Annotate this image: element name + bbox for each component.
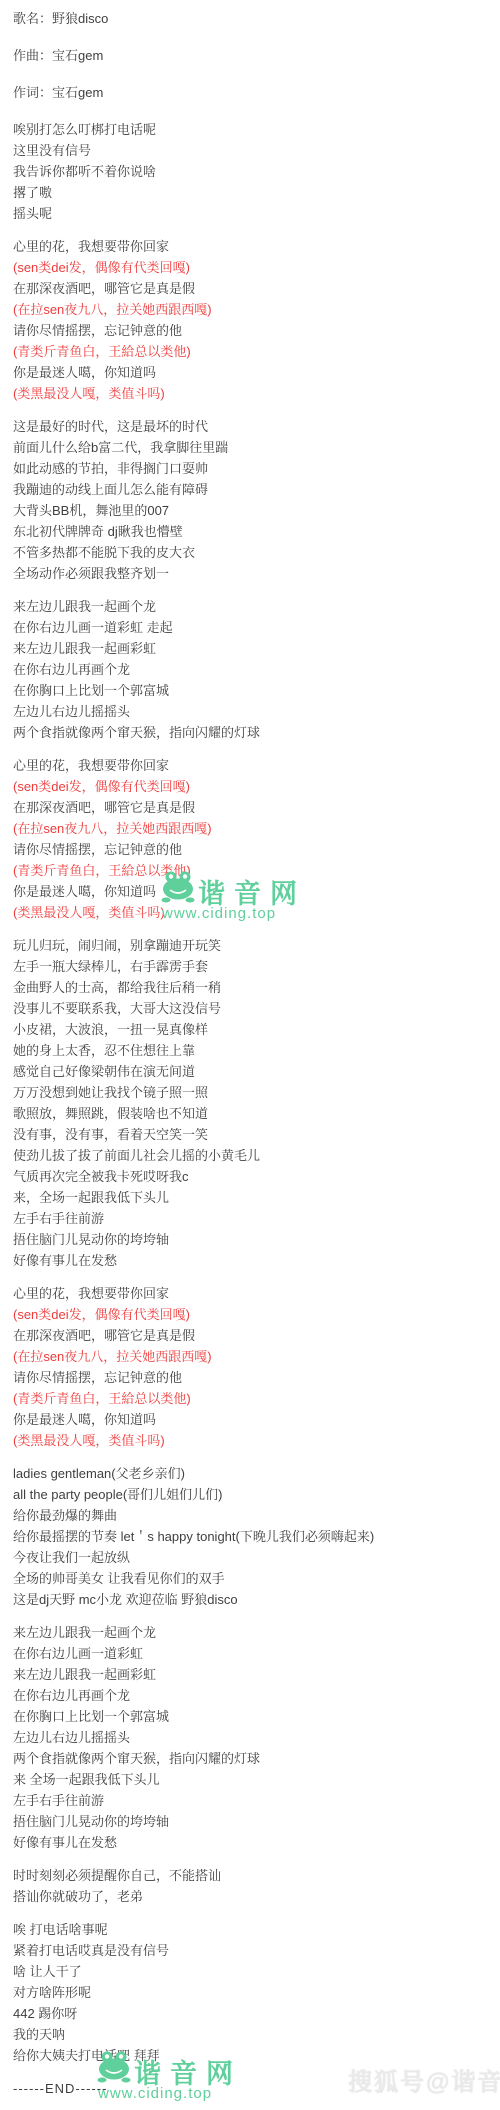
lyric-line: 来左边儿跟我一起画个龙 bbox=[13, 596, 490, 617]
lyric-line: 442 踢你呀 bbox=[13, 2003, 490, 2024]
lyric-line: 啥 让人干了 bbox=[13, 1961, 490, 1982]
lyric-line: 这是dj天野 mc小龙 欢迎莅临 野狼disco bbox=[13, 1589, 490, 1610]
lyric-line: 心里的花，我想要带你回家 bbox=[13, 236, 490, 257]
lyric-line: 她的身上太香，忍不住想往上靠 bbox=[13, 1040, 490, 1061]
lyric-line: 使劲儿拔了拔了前面儿社会儿摇的小黄毛儿 bbox=[13, 1145, 490, 1166]
sohu-account-watermark: 搜狐号@谐音吧 bbox=[348, 2062, 500, 2097]
homophone-annotation-line: (类黑最没人嘎，类值斗吗) bbox=[13, 383, 490, 404]
song-title-line: 歌名：野狼disco bbox=[13, 8, 490, 29]
lyric-line: 在你右边儿画一道彩虹 bbox=[13, 1643, 490, 1664]
lyric-line: 大背头BB机，舞池里的007 bbox=[13, 500, 490, 521]
homophone-annotation-line: (类黑最没人嘎，类值斗吗) bbox=[13, 1430, 490, 1451]
lyric-line: 两个食指就像两个窜天猴，指向闪耀的灯球 bbox=[13, 1748, 490, 1769]
lyric-line: 左边儿右边儿摇摇头 bbox=[13, 1727, 490, 1748]
lyric-line: 捂住脑门儿晃动你的垮垮轴 bbox=[13, 1229, 490, 1250]
lyric-line: 我告诉你都听不着你说啥 bbox=[13, 161, 490, 182]
lyric-line: 来左边儿跟我一起画彩虹 bbox=[13, 1664, 490, 1685]
homophone-annotation-line: (青类斤青鱼白，王給总以类他) bbox=[13, 341, 490, 362]
lyrics-page: 歌名：野狼disco 作曲：宝石gem 作词：宝石gem 唉别打怎么叮梆打电话呢… bbox=[0, 0, 500, 2110]
lyric-line: 不管多热都不能脱下我的皮大衣 bbox=[13, 542, 490, 563]
homophone-annotation-line: (在拉sen夜九八，拉关她西跟西嘎) bbox=[13, 818, 490, 839]
stanza: ladies gentleman(父老乡亲们)all the party peo… bbox=[13, 1463, 490, 1610]
lyric-line: 请你尽情摇摆，忘记钟意的他 bbox=[13, 1367, 490, 1388]
lyric-line: 你是最迷人噶，你知道吗 bbox=[13, 1409, 490, 1430]
lyric-line: 来左边儿跟我一起画彩虹 bbox=[13, 638, 490, 659]
stanza: 唉别打怎么叮梆打电话呢这里没有信号我告诉你都听不着你说啥撂了嗷摇头呢 bbox=[13, 119, 490, 224]
frog-logo-icon bbox=[96, 2050, 132, 2089]
lyric-line: 撂了嗷 bbox=[13, 182, 490, 203]
homophone-annotation-line: (sen类dei发，偶像有代类回嘎) bbox=[13, 776, 490, 797]
lyric-line: all the party people(哥们儿姐们儿们) bbox=[13, 1484, 490, 1505]
lyrics-body: 唉别打怎么叮梆打电话呢这里没有信号我告诉你都听不着你说啥撂了嗷摇头呢心里的花，我… bbox=[13, 119, 490, 2066]
lyric-line: 小皮裙，大波浪，一扭一晃真像样 bbox=[13, 1019, 490, 1040]
lyric-line: 全场动作必须跟我整齐划一 bbox=[13, 563, 490, 584]
lyric-line: 前面儿什么给b富二代，我拿脚往里踹 bbox=[13, 437, 490, 458]
lyric-line: 万万没想到她让我找个镜子照一照 bbox=[13, 1082, 490, 1103]
lyric-line: 这里没有信号 bbox=[13, 140, 490, 161]
stanza: 玩儿归玩，闹归闹，别拿蹦迪开玩笑左手一瓶大绿棒儿，右手霹雳手套金曲野人的士高，都… bbox=[13, 935, 490, 1271]
homophone-annotation-line: (sen类dei发，偶像有代类回嘎) bbox=[13, 1304, 490, 1325]
homophone-annotation-line: (在拉sen夜九八，拉关她西跟西嘎) bbox=[13, 299, 490, 320]
stanza: 时时刻刻必须提醒你自己，不能搭讪搭讪你就破功了，老弟 bbox=[13, 1865, 490, 1907]
frog-logo-icon bbox=[160, 870, 196, 909]
lyric-line: 在你右边儿画一道彩虹 走起 bbox=[13, 617, 490, 638]
stanza: 这是最好的时代，这是最坏的时代前面儿什么给b富二代，我拿脚往里踹如此动感的节拍，… bbox=[13, 416, 490, 584]
homophone-annotation-line: (sen类dei发，偶像有代类回嘎) bbox=[13, 257, 490, 278]
lyric-line: 在你右边儿再画个龙 bbox=[13, 659, 490, 680]
lyric-line: 请你尽情摇摆，忘记钟意的他 bbox=[13, 320, 490, 341]
lyric-line: 歌照放，舞照跳，假装啥也不知道 bbox=[13, 1103, 490, 1124]
stanza: 心里的花，我想要带你回家(sen类dei发，偶像有代类回嘎)在那深夜酒吧，哪管它… bbox=[13, 1283, 490, 1451]
lyric-line: 今夜让我们一起放纵 bbox=[13, 1547, 490, 1568]
homophone-annotation-line: (在拉sen夜九八，拉关她西跟西嘎) bbox=[13, 1346, 490, 1367]
lyric-line: 这是最好的时代，这是最坏的时代 bbox=[13, 416, 490, 437]
lyric-line: 好像有事儿在发愁 bbox=[13, 1832, 490, 1853]
lyric-line: 左手右手往前游 bbox=[13, 1790, 490, 1811]
site-watermark-middle: 谐音网 www.ciding.top bbox=[160, 870, 306, 922]
lyric-line: 摇头呢 bbox=[13, 203, 490, 224]
lyric-line: 在那深夜酒吧，哪管它是真是假 bbox=[13, 1325, 490, 1346]
lyric-line: 来，全场一起跟我低下头儿 bbox=[13, 1187, 490, 1208]
lyric-line: 两个食指就像两个窜天猴，指向闪耀的灯球 bbox=[13, 722, 490, 743]
lyric-line: 心里的花，我想要带你回家 bbox=[13, 755, 490, 776]
lyric-line: 你是最迷人噶，你知道吗 bbox=[13, 362, 490, 383]
site-watermark-bottom: 谐音网 www.ciding.top bbox=[96, 2050, 242, 2102]
lyric-line: 没事儿不要联系我，大哥大这没信号 bbox=[13, 998, 490, 1019]
lyricist-line: 作词：宝石gem bbox=[13, 82, 490, 103]
lyric-line: 左手右手往前游 bbox=[13, 1208, 490, 1229]
lyric-line: 没有事，没有事，看着天空笑一笑 bbox=[13, 1124, 490, 1145]
lyric-line: 气质再次完全被我卡死哎呀我c bbox=[13, 1166, 490, 1187]
lyric-line: 时时刻刻必须提醒你自己，不能搭讪 bbox=[13, 1865, 490, 1886]
lyric-line: 金曲野人的士高，都给我往后稍一稍 bbox=[13, 977, 490, 998]
lyric-line: 心里的花，我想要带你回家 bbox=[13, 1283, 490, 1304]
lyric-line: ladies gentleman(父老乡亲们) bbox=[13, 1463, 490, 1484]
lyric-line: 请你尽情摇摆，忘记钟意的他 bbox=[13, 839, 490, 860]
lyric-line: 紧着打电话哎真是没有信号 bbox=[13, 1940, 490, 1961]
lyric-line: 东北初代牌牌奇 dj瞅我也懵壁 bbox=[13, 521, 490, 542]
lyric-line: 全场的帅哥美女 让我看见你们的双手 bbox=[13, 1568, 490, 1589]
lyric-line: 左边儿右边儿摇摇头 bbox=[13, 701, 490, 722]
lyric-line: 来左边儿跟我一起画个龙 bbox=[13, 1622, 490, 1643]
lyric-line: 搭讪你就破功了，老弟 bbox=[13, 1886, 490, 1907]
lyric-line: 对方啥阵形呢 bbox=[13, 1982, 490, 2003]
stanza: 来左边儿跟我一起画个龙在你右边儿画一道彩虹来左边儿跟我一起画彩虹在你右边儿再画个… bbox=[13, 1622, 490, 1853]
lyric-line: 唉别打怎么叮梆打电话呢 bbox=[13, 119, 490, 140]
stanza: 心里的花，我想要带你回家(sen类dei发，偶像有代类回嘎)在那深夜酒吧，哪管它… bbox=[13, 236, 490, 404]
lyric-line: 好像有事儿在发愁 bbox=[13, 1250, 490, 1271]
lyric-line: 玩儿归玩，闹归闹，别拿蹦迪开玩笑 bbox=[13, 935, 490, 956]
lyric-line: 给你最劲爆的舞曲 bbox=[13, 1505, 490, 1526]
lyric-line: 在那深夜酒吧，哪管它是真是假 bbox=[13, 278, 490, 299]
lyric-line: 在你胸口上比划一个郭富城 bbox=[13, 1706, 490, 1727]
homophone-annotation-line: (青类斤青鱼白，王給总以类他) bbox=[13, 1388, 490, 1409]
stanza: 唉 打电话啥事呢紧着打电话哎真是没有信号啥 让人干了对方啥阵形呢442 踢你呀我… bbox=[13, 1919, 490, 2066]
lyric-line: 唉 打电话啥事呢 bbox=[13, 1919, 490, 1940]
lyric-line: 如此动感的节拍，非得搁门口耍帅 bbox=[13, 458, 490, 479]
lyric-line: 来 全场一起跟我低下头儿 bbox=[13, 1769, 490, 1790]
lyric-line: 我的天呐 bbox=[13, 2024, 490, 2045]
stanza: 来左边儿跟我一起画个龙在你右边儿画一道彩虹 走起来左边儿跟我一起画彩虹在你右边儿… bbox=[13, 596, 490, 743]
lyric-line: 在那深夜酒吧，哪管它是真是假 bbox=[13, 797, 490, 818]
lyric-line: 感觉自己好像梁朝伟在演无间道 bbox=[13, 1061, 490, 1082]
composer-line: 作曲：宝石gem bbox=[13, 45, 490, 66]
lyric-line: 我蹦迪的动线上面儿怎么能有障碍 bbox=[13, 479, 490, 500]
lyric-line: 在你胸口上比划一个郭富城 bbox=[13, 680, 490, 701]
lyric-line: 在你右边儿再画个龙 bbox=[13, 1685, 490, 1706]
lyric-line: 左手一瓶大绿棒儿，右手霹雳手套 bbox=[13, 956, 490, 977]
lyric-line: 给你最摇摆的节奏 let＇s happy tonight(下晚儿我们必须嗨起来) bbox=[13, 1526, 490, 1547]
lyric-line: 捂住脑门儿晃动你的垮垮轴 bbox=[13, 1811, 490, 1832]
